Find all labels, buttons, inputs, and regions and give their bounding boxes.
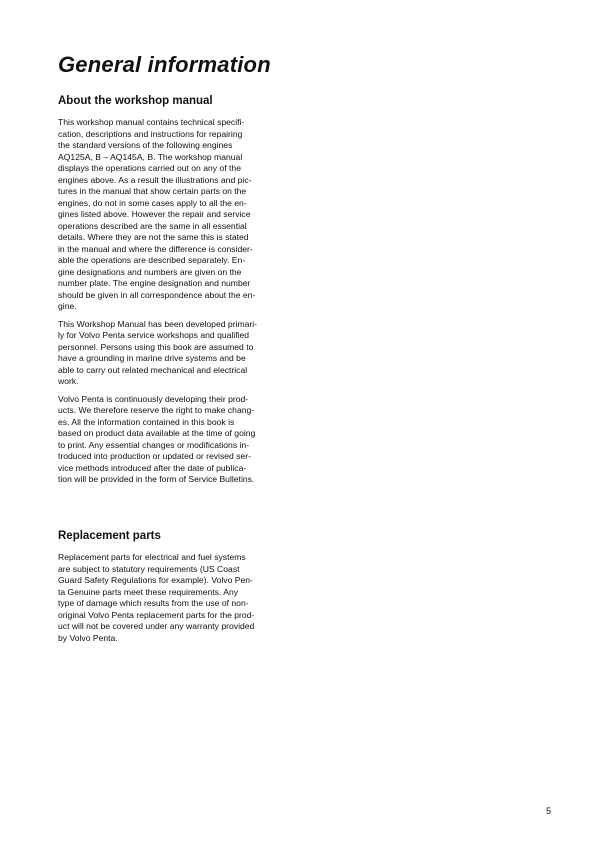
paragraph: This Workshop Manual has been developed …	[58, 319, 298, 388]
section-body-replacement-parts: Replacement parts for electrical and fue…	[58, 552, 298, 650]
page-number: 5	[546, 806, 551, 816]
section-body-about-manual: This workshop manual contains technical …	[58, 117, 298, 492]
paragraph: This workshop manual contains technical …	[58, 117, 298, 313]
paragraph: Volvo Penta is continuously developing t…	[58, 394, 298, 486]
page-title: General information	[58, 52, 271, 78]
paragraph: Replacement parts for electrical and fue…	[58, 552, 298, 644]
section-heading-about-manual: About the workshop manual	[58, 95, 213, 107]
section-heading-replacement-parts: Replacement parts	[58, 530, 161, 542]
